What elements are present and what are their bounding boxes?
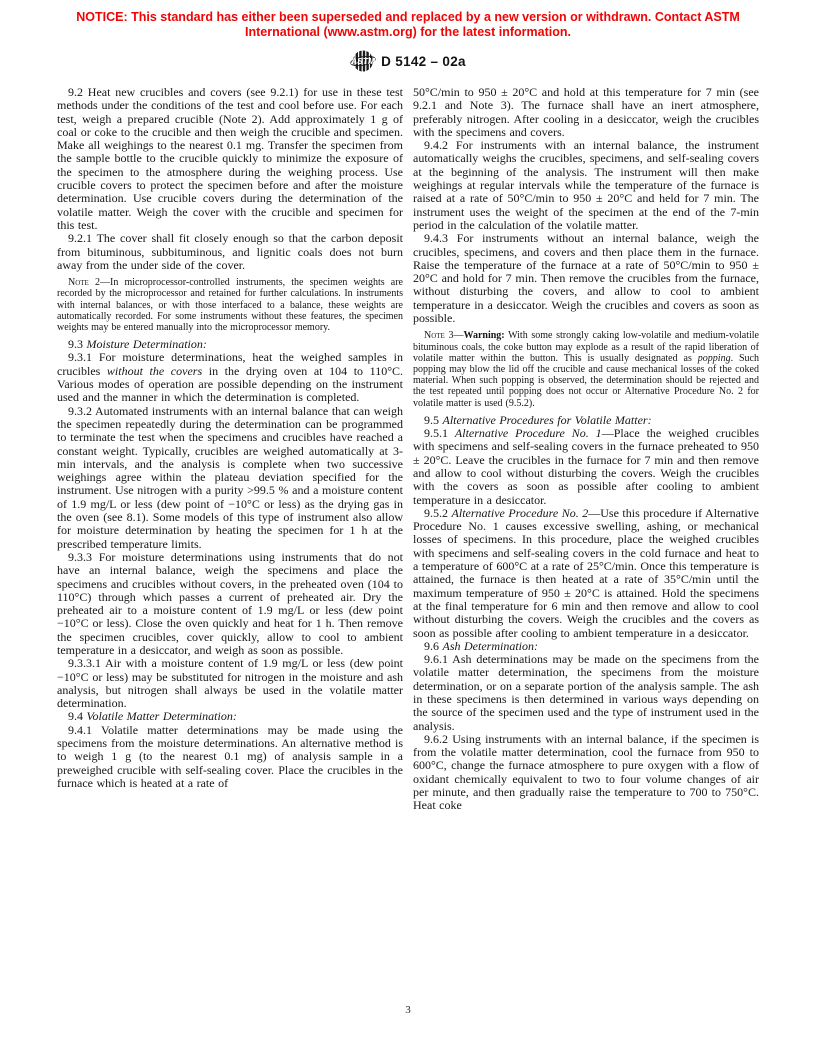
para-9-5-2: 9.5.2 Alternative Procedure No. 2—Use th… (413, 507, 759, 640)
astm-logo-icon: ASTM (350, 49, 376, 73)
note-2: Note 2—In microprocessor-controlled inst… (57, 277, 403, 333)
para-9-2: 9.2 Heat new crucibles and covers (see 9… (57, 86, 403, 232)
para-9-4-1-continued: 50°C/min to 950 ± 20°C and hold at this … (413, 86, 759, 139)
para-9-2-1: 9.2.1 The cover shall fit closely enough… (57, 232, 403, 272)
para-9-6-2: 9.6.2 Using instruments with an internal… (413, 733, 759, 813)
notice-line-1: NOTICE: This standard has either been su… (0, 10, 816, 25)
para-9-3-1: 9.3.1 For moisture determinations, heat … (57, 351, 403, 404)
para-9-4-3: 9.4.3 For instruments without an interna… (413, 232, 759, 325)
note-3: Note 3—Warning: With some strongly cakin… (413, 330, 759, 408)
heading-9-5: 9.5 Alternative Procedures for Volatile … (413, 414, 759, 427)
two-column-body: 9.2 Heat new crucibles and covers (see 9… (57, 86, 759, 813)
para-9-6-1: 9.6.1 Ash determinations may be made on … (413, 653, 759, 733)
standard-designation: D 5142 – 02a (381, 54, 466, 69)
standard-header: ASTM D 5142 – 02a (0, 49, 816, 73)
para-9-4-2: 9.4.2 For instruments with an internal b… (413, 139, 759, 232)
heading-9-3: 9.3 Moisture Determination: (57, 338, 403, 351)
column-left: 9.2 Heat new crucibles and covers (see 9… (57, 86, 403, 813)
para-9-3-3-1: 9.3.3.1 Air with a moisture content of 1… (57, 657, 403, 710)
heading-9-6: 9.6 Ash Determination: (413, 640, 759, 653)
svg-text:ASTM: ASTM (350, 56, 376, 66)
para-9-3-3: 9.3.3 For moisture determinations using … (57, 551, 403, 657)
para-9-4-1: 9.4.1 Volatile matter determinations may… (57, 724, 403, 790)
document-page: NOTICE: This standard has either been su… (0, 0, 816, 1056)
para-9-3-2: 9.3.2 Automated instruments with an inte… (57, 405, 403, 551)
supersession-notice: NOTICE: This standard has either been su… (0, 10, 816, 39)
para-9-5-1: 9.5.1 Alternative Procedure No. 1—Place … (413, 427, 759, 507)
page-number: 3 (0, 1004, 816, 1016)
heading-9-4: 9.4 Volatile Matter Determination: (57, 710, 403, 723)
column-right: 50°C/min to 950 ± 20°C and hold at this … (413, 86, 759, 813)
notice-line-2: International (www.astm.org) for the lat… (0, 25, 816, 40)
